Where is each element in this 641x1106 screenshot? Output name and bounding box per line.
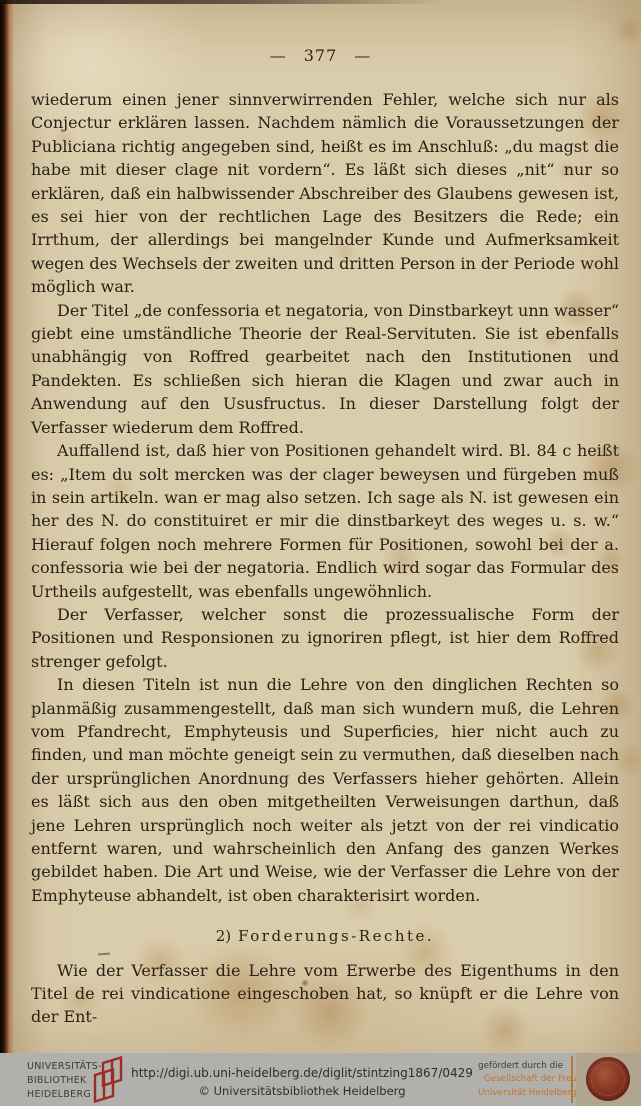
section-heading-title: Forderungs-Rechte. xyxy=(238,927,434,945)
page-body-text: wiederum einen jener sinnverwirrenden Fe… xyxy=(31,88,619,1029)
section-heading: 2)Forderungs-Rechte. xyxy=(31,925,619,948)
footer-center-block: http://digi.ub.uni-heidelberg.de/diglit/… xyxy=(128,1053,476,1106)
footer-divider xyxy=(571,1056,573,1103)
scanned-book-page: —377— wiederum einen jener sinnverwirren… xyxy=(0,0,641,1053)
copyright-notice: © Universitätsbibliothek Heidelberg xyxy=(128,1084,476,1098)
section-heading-number: 2) xyxy=(216,927,231,945)
seal-panel xyxy=(576,1053,641,1106)
body-paragraph: Der Verfasser, welcher sonst die prozess… xyxy=(31,603,619,673)
page-top-edge-shadow xyxy=(0,0,440,4)
ub-books-icon xyxy=(88,1056,128,1103)
book-binding-shadow xyxy=(0,0,14,1053)
seal-inner-ring xyxy=(591,1062,625,1096)
body-paragraph: Wie der Verfasser die Lehre vom Erwerbe … xyxy=(31,959,619,1029)
body-paragraph: Auffallend ist, daß hier von Positionen … xyxy=(31,439,619,603)
university-seal-icon xyxy=(586,1057,630,1101)
document-url: http://digi.ub.uni-heidelberg.de/diglit/… xyxy=(128,1066,476,1080)
page-number: —377— xyxy=(0,46,641,65)
body-paragraph: wiederum einen jener sinnverwirrenden Fe… xyxy=(31,88,619,299)
body-paragraph: Der Titel „de confessoria et negatoria, … xyxy=(31,299,619,439)
page-number-value: 377 xyxy=(304,46,338,65)
body-paragraph: In diesen Titeln ist nun die Lehre von d… xyxy=(31,673,619,907)
page-number-dash: — xyxy=(354,46,371,65)
page-number-dash: — xyxy=(270,46,287,65)
digitization-footer-bar: UNIVERSITÄTS- BIBLIOTHEK HEIDELBERG http… xyxy=(0,1053,641,1106)
